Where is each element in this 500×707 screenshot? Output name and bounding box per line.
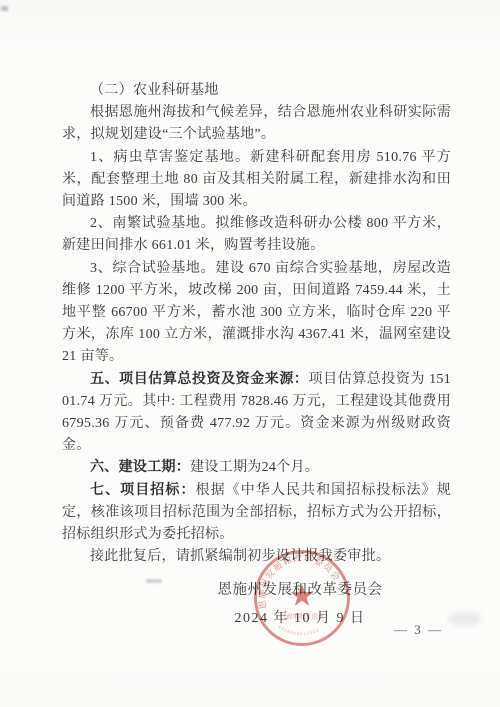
page-number: — 3 — [394,622,443,638]
paragraph-investment: 五、项目估算总投资及资金来源：项目估算总投资为 15101.74 万元。其中: … [62,369,451,458]
paragraph-closing: 接此批复后，请抓紧编制初步设计报我委审批。 [62,546,451,568]
paragraph-base-2: 2、南繁试验基地。拟维修改造科研办公楼 800 平方米，新建田间排水 661.0… [62,213,451,257]
paragraph-duration: 六、建设工期：建设工期为24个月。 [62,457,451,479]
scan-smudge-artifact [448,612,482,626]
document-page: （二）农业科研基地 根据恩施州海拔和气候差异，结合恩施州农业科研实际需求，拟规划… [0,0,500,707]
signature-block: 恩施州发展和改革委员会 2024 年 10 月 9 日 [212,578,388,627]
document-body: （二）农业科研基地 根据恩施州海拔和气候差异，结合恩施州农业科研实际需求，拟规划… [62,80,451,568]
heading-duration: 六、建设工期： [90,460,190,475]
paragraph-base-3: 3、综合试验基地。建设 670 亩综合实验基地，房屋改造维修 1200 平方米，… [62,258,451,369]
paragraph-planning: 根据恩施州海拔和气候差异，结合恩施州农业科研实际需求，拟规划建设“三个试验基地”… [62,102,451,146]
heading-investment: 五、项目估算总投资及资金来源： [90,372,309,387]
heading-bidding: 七、项目招标： [90,483,196,498]
paragraph-base-1: 1、病虫草害鉴定基地。新建科研配套用房 510.76 平方米，配套整理土地 80… [62,147,451,214]
scan-speck-artifact [1,6,8,11]
section-heading: （二）农业科研基地 [62,80,451,102]
scan-dash-artifact [146,579,162,583]
issuing-authority: 恩施州发展和改革委员会 [212,578,388,599]
section-heading-text: （二）农业科研基地 [90,83,219,98]
paragraph-bidding: 七、项目招标：根据《中华人民共和国招标投标法》规定，核准该项目招标范围为全部招标… [62,480,451,547]
issue-date: 2024 年 10 月 9 日 [212,607,388,627]
